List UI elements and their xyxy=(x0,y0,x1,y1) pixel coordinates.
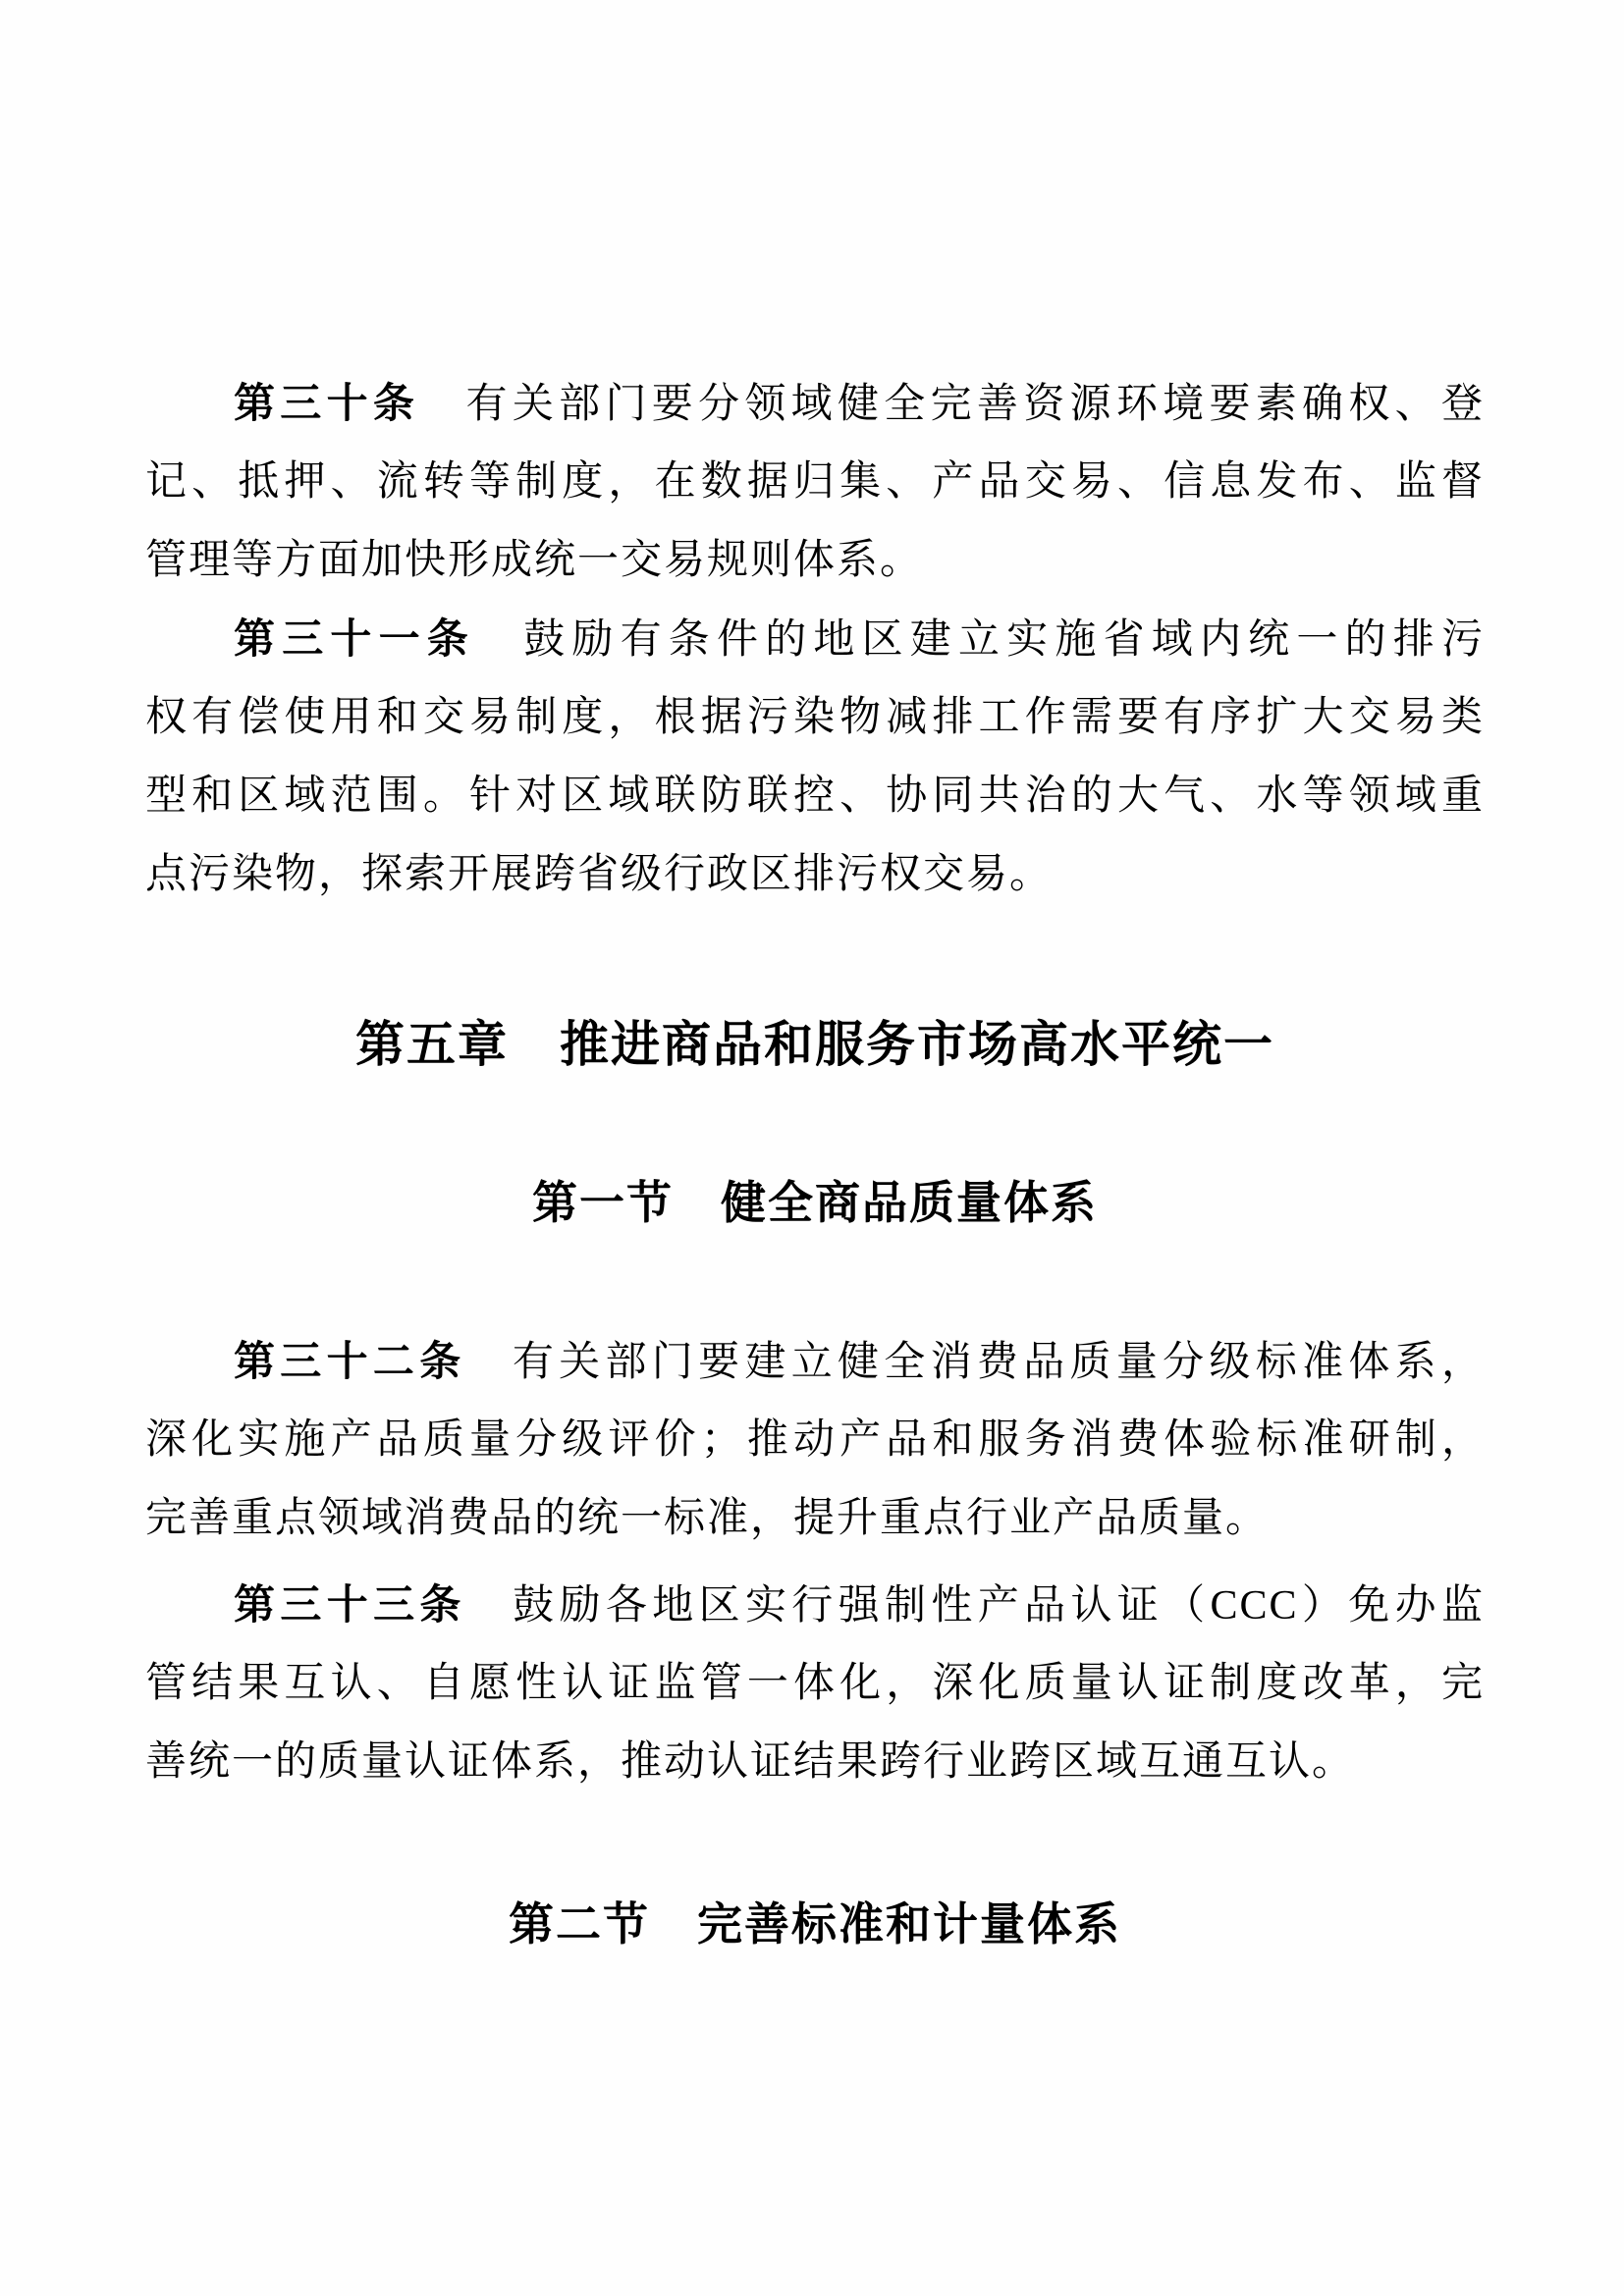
text-line: 第三十一条 鼓励有条件的地区建立实施省域内统一的排污 xyxy=(145,600,1485,678)
article-33-text: 鼓励各地区实行强制性产品认证（CCC）免办监 xyxy=(466,1583,1485,1629)
article-33-paragraph: 第三十三条 鼓励各地区实行强制性产品认证（CCC）免办监 管结果互认、自愿性认证… xyxy=(145,1566,1485,1801)
article-31-paragraph: 第三十一条 鼓励有条件的地区建立实施省域内统一的排污 权有偿使用和交易制度，根据… xyxy=(145,600,1485,914)
text-line: 善统一的质量认证体系，推动认证结果跨行业跨区域互通互认。 xyxy=(145,1723,1485,1801)
text-line: 点污染物，探索开展跨省级行政区排污权交易。 xyxy=(145,835,1485,914)
article-33-text: 善统一的质量认证体系，推动认证结果跨行业跨区域互通互认。 xyxy=(145,1739,1355,1785)
article-31-text: 权有偿使用和交易制度，根据污染物减排工作需要有序扩大交易类 xyxy=(145,695,1485,740)
article-32-paragraph: 第三十二条 有关部门要建立健全消费品质量分级标准体系， 深化实施产品质量分级评价… xyxy=(145,1322,1485,1558)
article-32-text: 深化实施产品质量分级评价；推动产品和服务消费体验标准研制， xyxy=(145,1417,1485,1463)
article-30-label: 第三十条 xyxy=(234,380,419,426)
article-31-text: 点污染物，探索开展跨省级行政区排污权交易。 xyxy=(145,852,1053,897)
article-31-text: 型和区域范围。针对区域联防联控、协同共治的大气、水等领域重 xyxy=(145,774,1485,819)
text-line: 管理等方面加快形成统一交易规则体系。 xyxy=(145,521,1485,600)
article-33-label: 第三十三条 xyxy=(234,1581,466,1628)
article-30-text: 记、抵押、流转等制度，在数据归集、产品交易、信息发布、监督 xyxy=(145,459,1485,505)
article-32-label: 第三十二条 xyxy=(234,1338,466,1384)
article-31-text: 鼓励有条件的地区建立实施省域内统一的排污 xyxy=(475,617,1485,663)
article-32-text: 完善重点领域消费品的统一标准，提升重点行业产品质量。 xyxy=(145,1496,1269,1541)
chapter-5-heading: 第五章 推进商品和服务市场高水平统一 xyxy=(145,1005,1485,1084)
article-32-text: 有关部门要建立健全消费品质量分级标准体系， xyxy=(466,1340,1485,1385)
text-line: 第三十二条 有关部门要建立健全消费品质量分级标准体系， xyxy=(145,1322,1485,1401)
text-line: 权有偿使用和交易制度，根据污染物减排工作需要有序扩大交易类 xyxy=(145,678,1485,757)
text-line: 型和区域范围。针对区域联防联控、协同共治的大气、水等领域重 xyxy=(145,757,1485,835)
text-line: 完善重点领域消费品的统一标准，提升重点行业产品质量。 xyxy=(145,1479,1485,1558)
text-line: 深化实施产品质量分级评价；推动产品和服务消费体验标准研制， xyxy=(145,1401,1485,1479)
section-2-heading: 第二节 完善标准和计量体系 xyxy=(145,1885,1485,1963)
text-line: 第三十三条 鼓励各地区实行强制性产品认证（CCC）免办监 xyxy=(145,1566,1485,1644)
article-30-text: 有关部门要分领域健全完善资源环境要素确权、登 xyxy=(419,382,1485,427)
section-1-heading: 第一节 健全商品质量体系 xyxy=(145,1163,1485,1242)
document-page: 第三十条 有关部门要分领域健全完善资源环境要素确权、登 记、抵押、流转等制度，在… xyxy=(0,0,1624,2296)
article-30-text: 管理等方面加快形成统一交易规则体系。 xyxy=(145,538,923,583)
article-33-text: 管结果互认、自愿性认证监管一体化，深化质量认证制度改革，完 xyxy=(145,1661,1485,1706)
text-line: 记、抵押、流转等制度，在数据归集、产品交易、信息发布、监督 xyxy=(145,443,1485,521)
article-31-label: 第三十一条 xyxy=(234,615,475,662)
text-line: 第三十条 有关部门要分领域健全完善资源环境要素确权、登 xyxy=(145,364,1485,443)
article-30-paragraph: 第三十条 有关部门要分领域健全完善资源环境要素确权、登 记、抵押、流转等制度，在… xyxy=(145,364,1485,600)
text-line: 管结果互认、自愿性认证监管一体化，深化质量认证制度改革，完 xyxy=(145,1644,1485,1723)
